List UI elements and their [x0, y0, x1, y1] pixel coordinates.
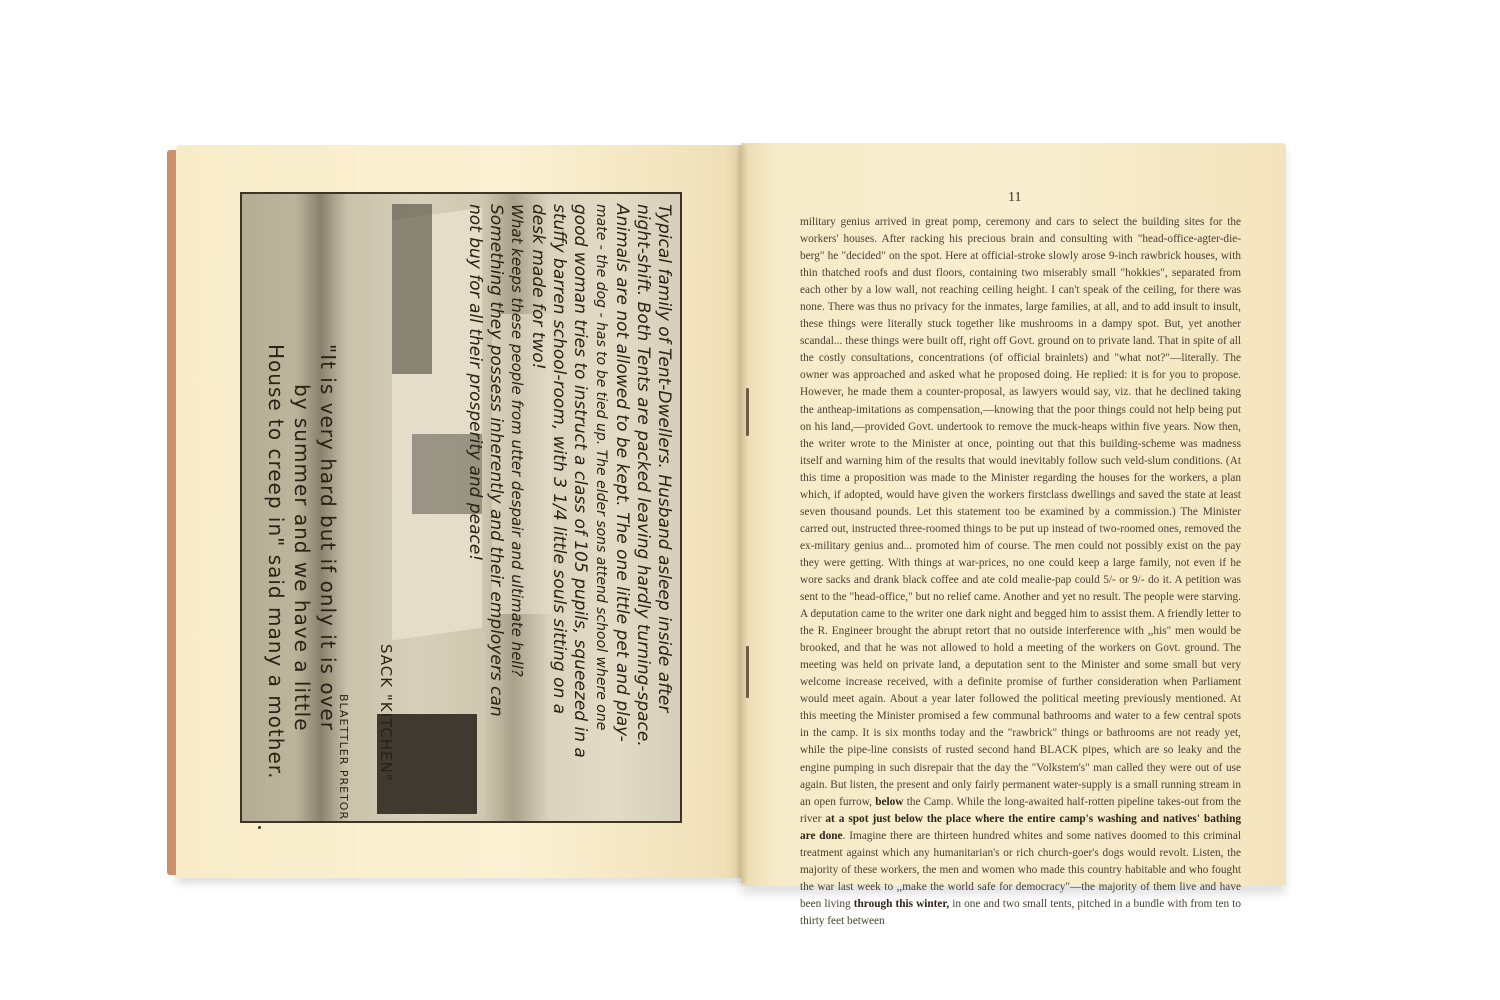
caption-line: Typical family of Tent-Dwellers. Husband…: [653, 204, 674, 712]
tent-camp-photograph: Typical family of Tent-Dwellers. Husband…: [240, 192, 682, 823]
handwriting-layer: Typical family of Tent-Dwellers. Husband…: [242, 194, 680, 821]
caption-line: mate - the dog - has to be tied up. The …: [590, 204, 611, 730]
body-text: military genius arrived in great pomp, c…: [800, 214, 1241, 930]
quote-line: by summer and we have a little: [290, 384, 314, 732]
caption-line: good woman tries to instruct a class of …: [569, 204, 590, 758]
caption-line: Animals are not allowed to be kept. The …: [611, 204, 632, 742]
page-number: 11: [1008, 190, 1021, 206]
body-paragraph: military genius arrived in great pomp, c…: [800, 214, 1241, 930]
sack-kitchen-label: SACK "KITCHEN": [377, 644, 395, 782]
caption-line: not buy for all their prosperity and pea…: [464, 204, 485, 561]
caption-line: night-shift. Both Tents are packed leavi…: [632, 204, 653, 747]
caption-line: What keeps these people from utter despa…: [506, 204, 527, 677]
emphasis-below: below: [875, 796, 903, 808]
quote-line: House to creep in" said many a mother.: [264, 344, 288, 780]
staple-bottom: [746, 646, 749, 698]
binding-gutter: [736, 145, 748, 883]
photographer-credit: BLAETTLER PRETORIA: [337, 694, 350, 823]
staple-top: [746, 388, 749, 436]
quote-line: "It is very hard but if only it is over: [316, 344, 340, 731]
caption-line: Something they possess inherently and th…: [485, 204, 506, 717]
caption-line: stuffy barren school-room, with 3 1/4 li…: [548, 204, 569, 714]
emphasis-winter: through this winter,: [854, 898, 950, 910]
print-mark: [258, 826, 261, 829]
caption-line: desk made for two!: [527, 204, 548, 370]
body-text-run: military genius arrived in great pomp, c…: [800, 216, 1241, 808]
